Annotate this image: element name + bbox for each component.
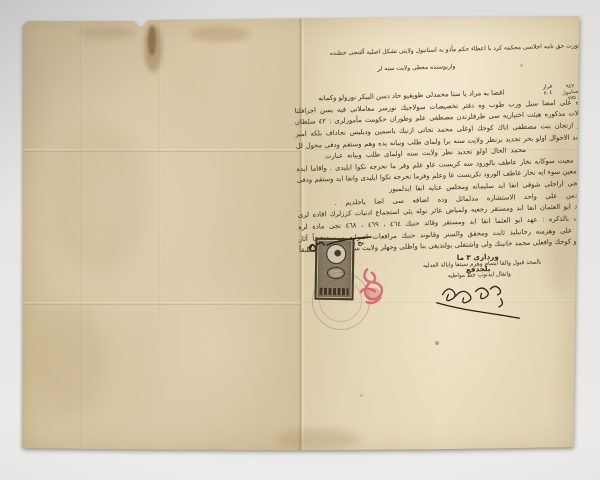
signature-flourish: [430, 274, 527, 327]
header-line-2: واريوسنده معطى ولايت سنه لر: [371, 63, 461, 74]
manuscript-paper: قورت حق نامه اجلاسى محكمه كرد با اعطاء ح…: [20, 14, 582, 454]
photo-background: قورت حق نامه اجلاسى محكمه كرد با اعطاء ح…: [0, 0, 600, 480]
paper-left-blank-half: [20, 14, 301, 454]
header-line-1: قورت حق نامه اجلاسى محكمه كرد با اعطاء ح…: [335, 42, 581, 58]
stamp-cancellation-stroke: [305, 232, 375, 254]
paper-shadow: قورت حق نامه اجلاسى محكمه كرد با اعطاء ح…: [0, 0, 562, 440]
red-official-seal: [347, 263, 395, 310]
